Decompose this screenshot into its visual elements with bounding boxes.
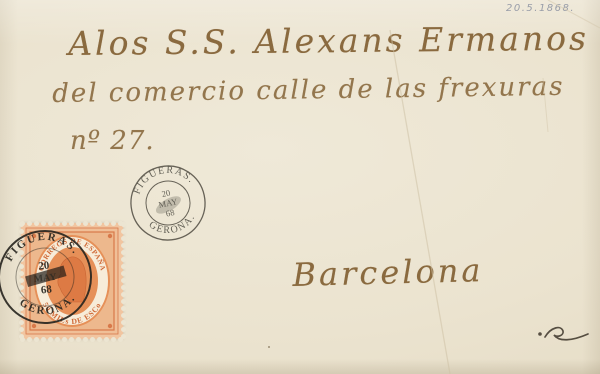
address-line-2: del comercio calle de las frexuras — [52, 72, 565, 109]
svg-text:FIGUERAS.: FIGUERAS. — [1, 227, 83, 265]
ink-speck — [268, 346, 270, 348]
pencil-date-note: 20.5.1868. — [506, 3, 575, 14]
datestamp-year-text: 68 — [165, 207, 175, 219]
postal-cover-photo: 20.5.1868. Alos S.S. Alexans Ermanos del… — [0, 0, 600, 374]
cancel-day-text: 20 — [38, 259, 51, 272]
address-line-1: Alos S.S. Alexans Ermanos — [68, 19, 589, 63]
ink-flourish — [528, 318, 598, 366]
stamp-perforation-right — [120, 221, 127, 341]
figueras-datestamp: FIGUERAS. GERONA. 20 MAY 68 — [111, 146, 225, 260]
destination-city: Barcelona — [292, 251, 484, 294]
cancel-year-text: 68 — [40, 283, 53, 296]
stamp-cancellation: FIGUERAS. GERONA. 20 MAY 68 — [0, 206, 116, 349]
address-line-3: nº 27. — [70, 126, 155, 156]
cancel-town-text: FIGUERAS. — [1, 227, 83, 265]
